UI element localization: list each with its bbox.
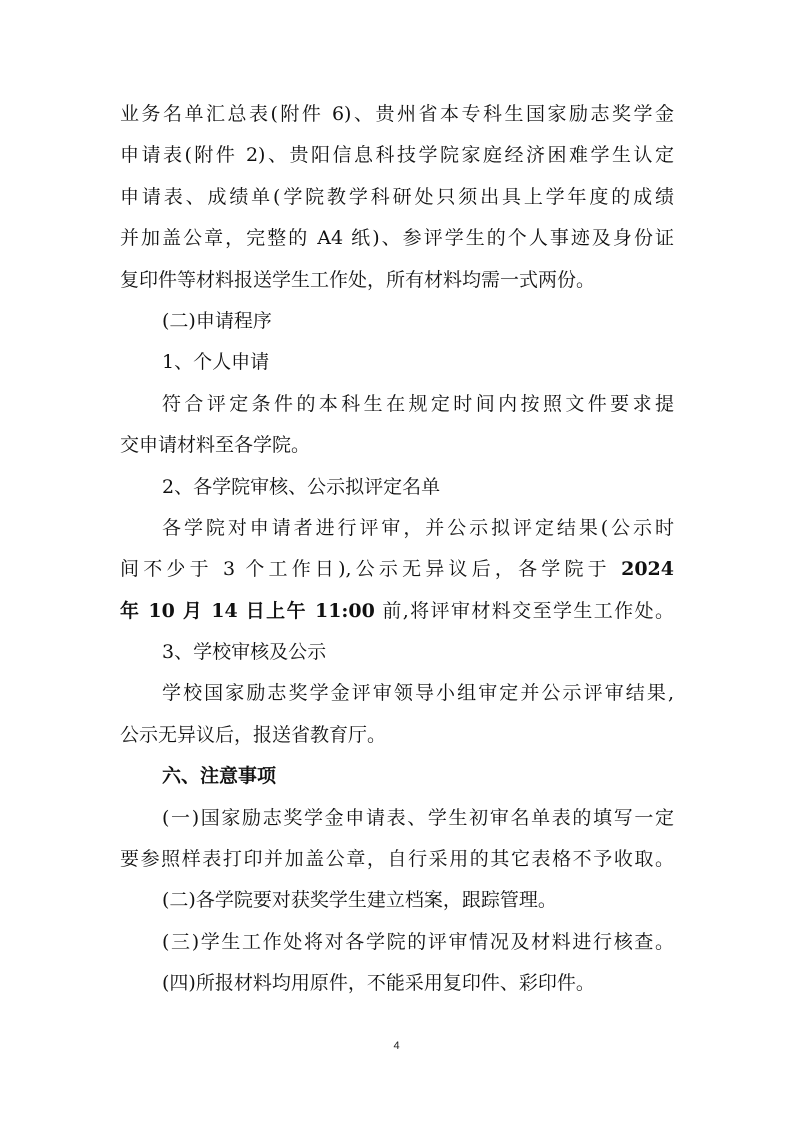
paragraph-line: (二)各学院要对获奖学生建立档案，跟踪管理。 [120, 880, 674, 921]
step-heading: 2、各学院审核、公示拟评定名单 [120, 467, 674, 508]
paragraph-line: 申请表、成绩单(学院教学科研处只须出具上学年度的成绩 [120, 177, 674, 218]
line-text: 间不少于 3 个工作日),公示无异议后，各学院于 [120, 558, 621, 580]
paragraph-line: (四)所报材料均用原件，不能采用复印件、彩印件。 [120, 963, 674, 1004]
paragraph-line: 年 10 月 14 日上午 11:00 前,将评审材料交至学生工作处。 [120, 591, 674, 632]
paragraph-line: 符合评定条件的本科生在规定时间内按照文件要求提 [120, 384, 674, 425]
step-heading: 1、个人申请 [120, 342, 674, 383]
paragraph-line: 各学院对申请者进行评审，并公示拟评定结果(公示时 [120, 508, 674, 549]
section-subheading: (二)申请程序 [120, 301, 674, 342]
deadline-date: 年 10 月 14 日上午 11:00 [120, 600, 375, 622]
document-page: 业务名单汇总表(附件 6)、贵州省本专科生国家励志奖学金 申请表(附件 2)、贵… [0, 0, 793, 1122]
paragraph-line: 并加盖公章，完整的 A4 纸)、参评学生的个人事迹及身份证 [120, 218, 674, 259]
page-number: 4 [0, 1040, 793, 1052]
paragraph-line: (三)学生工作处将对各学院的评审情况及材料进行核查。 [120, 922, 674, 963]
paragraph-line: 公示无异议后，报送省教育厅。 [120, 715, 674, 756]
paragraph-line: 学校国家励志奖学金评审领导小组审定并公示评审结果, [120, 673, 674, 714]
paragraph-line: 要参照样表打印并加盖公章，自行采用的其它表格不予收取。 [120, 839, 674, 880]
paragraph-line: 申请表(附件 2)、贵阳信息科技学院家庭经济困难学生认定 [120, 135, 674, 176]
paragraph-line: 交申请材料至各学院。 [120, 425, 674, 466]
document-body: 业务名单汇总表(附件 6)、贵州省本专科生国家励志奖学金 申请表(附件 2)、贵… [120, 94, 674, 1005]
paragraph-line: 业务名单汇总表(附件 6)、贵州省本专科生国家励志奖学金 [120, 94, 674, 135]
paragraph-line: 间不少于 3 个工作日),公示无异议后，各学院于 2024 [120, 549, 674, 590]
section-heading: 六、注意事项 [120, 756, 674, 797]
paragraph-line: 复印件等材料报送学生工作处，所有材料均需一式两份。 [120, 260, 674, 301]
line-text: 前,将评审材料交至学生工作处。 [375, 600, 674, 622]
deadline-year: 2024 [621, 558, 674, 580]
step-heading: 3、学校审核及公示 [120, 632, 674, 673]
paragraph-line: (一)国家励志奖学金申请表、学生初审名单表的填写一定 [120, 798, 674, 839]
